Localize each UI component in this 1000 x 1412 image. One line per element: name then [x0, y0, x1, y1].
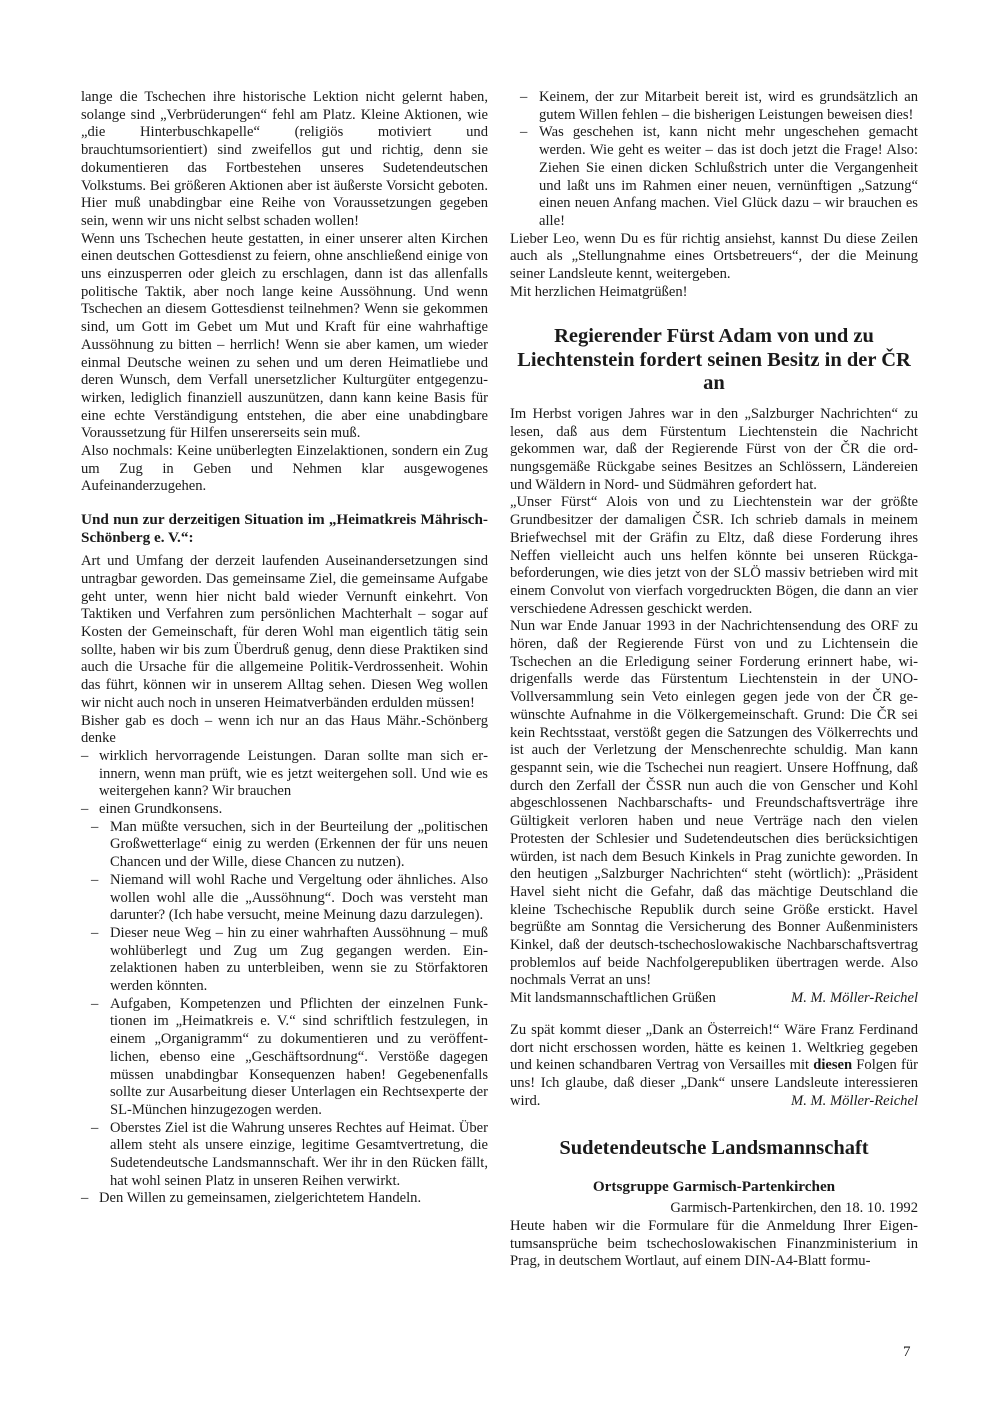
paragraph: Nun war Ende Januar 1993 in der Nachrich…	[510, 618, 918, 990]
paragraph: Also nochmals: Keine unüberlegten Einzel…	[81, 443, 488, 496]
article-headline: Sudetendeutsche Landsmannschaft	[510, 1136, 918, 1160]
author-signature: M. M. Möller-Reichel	[791, 990, 918, 1008]
page-number: 7	[903, 1344, 911, 1361]
emphasis: die­sen	[813, 1057, 852, 1073]
paragraph: „Unser Fürst“ Alois von und zu Liechtens…	[510, 494, 918, 618]
article-subheadline: Ortsgruppe Garmisch-Partenkirchen	[510, 1177, 918, 1197]
sub-list-item: Aufgaben, Kompetenzen und Pflichten der …	[81, 996, 488, 1120]
sub-list-item: Was geschehen ist, kann nicht mehr unges…	[510, 124, 918, 230]
signature-line: Mit landsmannschaftlichen Grüßen M. M. M…	[510, 990, 918, 1008]
author-signature: M. M. Möller-Reichel	[510, 1093, 918, 1111]
right-column: Keinem, der zur Mitarbeit bereit ist, wi…	[510, 89, 918, 1271]
dateline: Garmisch-Partenkirchen, den 18. 10. 1992	[510, 1200, 918, 1218]
list-item: wirklich hervorragende Leistungen. Daran…	[81, 748, 488, 801]
paragraph: Heute haben wir die Formulare für die An…	[510, 1218, 918, 1271]
sub-list-item: Niemand will wohl Rache und Vergeltung o…	[81, 872, 488, 925]
sub-list-item: Keinem, der zur Mitarbeit bereit ist, wi…	[510, 89, 918, 124]
paragraph: Wenn uns Tschechen heute gestatten, in e…	[81, 231, 488, 443]
sub-list-item: Man müßte versuchen, sich in der Beurtei…	[81, 819, 488, 872]
paragraph: Bisher gab es doch – wenn ich nur an das…	[81, 713, 488, 748]
article-headline: Regierender Fürst Adam von und zu Liecht…	[510, 325, 918, 396]
closing-greeting: Mit landsmannschaftlichen Grüßen	[510, 990, 716, 1008]
article-landsmannschaft: Sudetendeutsche Landsmannschaft Ortsgrup…	[510, 1136, 918, 1271]
sub-list-item: Oberstes Ziel ist die Wahrung unseres Re…	[81, 1120, 488, 1191]
greeting: Mit herzlichen Heimatgrüßen!	[510, 284, 918, 302]
paragraph: Art und Umfang der derzeit laufenden Aus…	[81, 553, 488, 712]
left-column: lange die Tschechen ihre historische Lek…	[81, 89, 488, 1208]
section-subheading: Und nun zur derzeitigen Situation im „He…	[81, 511, 488, 547]
sub-list-item: Dieser neue Weg – hin zu einer wahrhafte…	[81, 925, 488, 996]
list-item: einen Grundkonsens.	[81, 801, 488, 819]
paragraph: lange die Tschechen ihre historische Lek…	[81, 89, 488, 231]
paragraph: Im Herbst vorigen Jahres war in den „Sal…	[510, 406, 918, 495]
article-dank-an-oesterreich: Zu spät kommt dieser „Dank an Österreich…	[510, 1022, 918, 1111]
paragraph: Lieber Leo, wenn Du es für richtig ansie…	[510, 231, 918, 284]
list-item: Den Willen zu gemeinsamen, zielgerichtet…	[81, 1190, 488, 1208]
article-liechtenstein: Regierender Fürst Adam von und zu Liecht…	[510, 325, 918, 1007]
